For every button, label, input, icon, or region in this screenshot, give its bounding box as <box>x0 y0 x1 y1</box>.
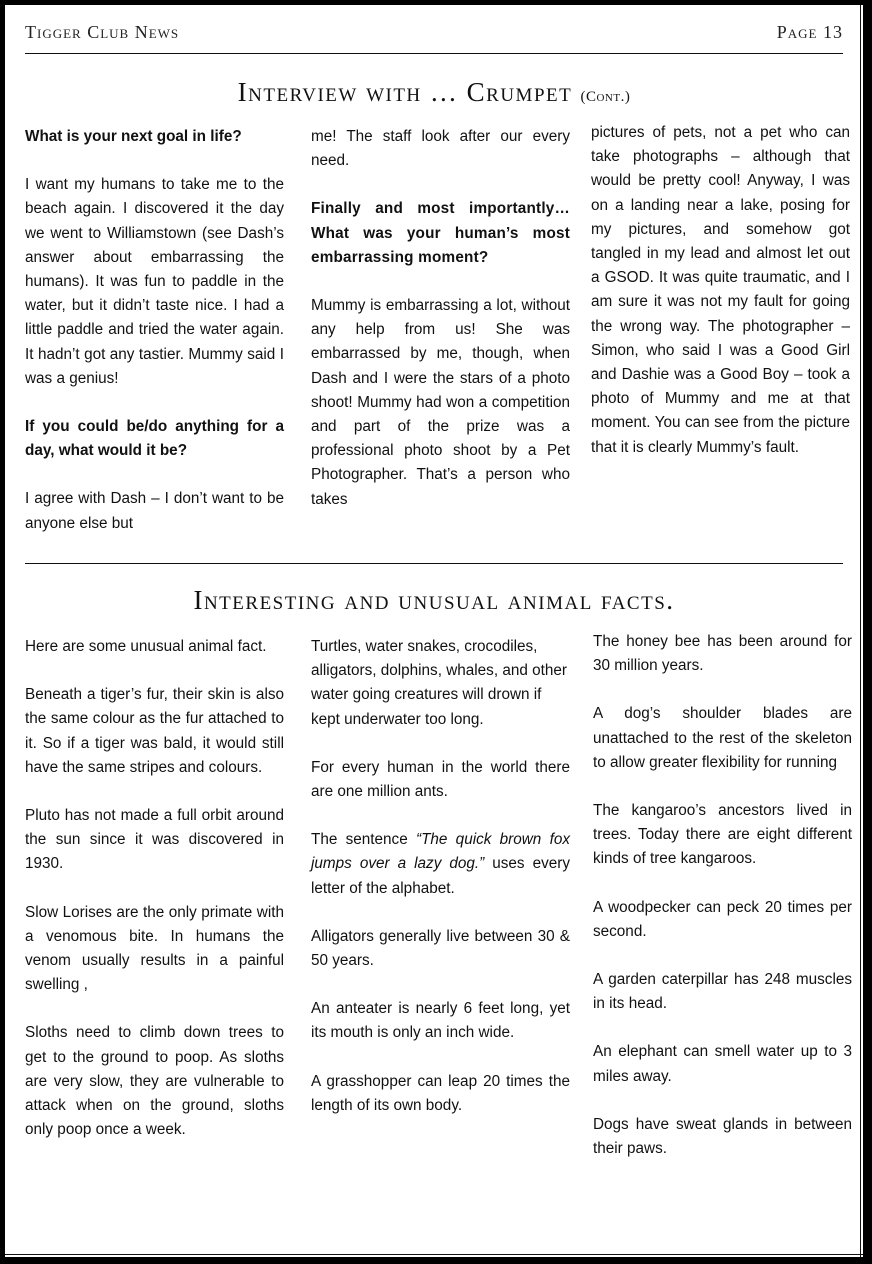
fact-item: Sloths need to climb down trees to get t… <box>25 1021 284 1142</box>
section-divider <box>25 563 843 564</box>
running-header: Tigger Club News Page 13 <box>25 22 843 48</box>
newsletter-page: Tigger Club News Page 13 Interview with … <box>5 5 863 1257</box>
facts-column-1: Here are some unusual animal fact. Benea… <box>25 635 284 1166</box>
fact-item: Alligators generally live between 30 & 5… <box>311 925 570 973</box>
fact-item: An anteater is nearly 6 feet long, yet i… <box>311 997 570 1045</box>
fact-item: Beneath a tiger’s fur, their skin is als… <box>25 683 284 780</box>
fact-item: The honey bee has been around for 30 mil… <box>593 630 852 678</box>
fact-item-pangram: The sentence “The quick brown fox jumps … <box>311 828 570 901</box>
fact-item: Here are some unusual animal fact. <box>25 635 284 659</box>
interview-title-text: Interview with … Crumpet <box>238 77 573 107</box>
fact-item: Dogs have sweat glands in between their … <box>593 1113 852 1161</box>
interview-column-1: What is your next goal in life? I want m… <box>25 125 284 536</box>
publication-name: Tigger Club News <box>25 22 179 43</box>
answer-be-anything-end: me! The staff look after our every need. <box>311 125 570 173</box>
answer-be-anything-start: I agree with Dash – I don’t want to be a… <box>25 487 284 535</box>
facts-column-2: Turtles, water snakes, crocodiles, allig… <box>311 635 570 1142</box>
facts-title: Interesting and unusual animal facts. <box>5 585 863 616</box>
page-number: Page 13 <box>777 22 843 43</box>
fact-item: A dog’s shoulder blades are unattached t… <box>593 702 852 775</box>
interview-title-suffix: (Cont.) <box>580 89 630 105</box>
fact-item: Pluto has not made a full orbit around t… <box>25 804 284 877</box>
page-border-bottom <box>5 1254 863 1255</box>
answer-embarrassing-start: Mummy is embarrassing a lot, without any… <box>311 294 570 512</box>
question-embarrassing-moment: Finally and most importantly…What was yo… <box>311 197 570 270</box>
header-divider <box>25 53 843 54</box>
interview-title: Interview with … Crumpet (Cont.) <box>5 77 863 108</box>
fact-item: A garden caterpillar has 248 muscles in … <box>593 968 852 1016</box>
facts-column-3: The honey bee has been around for 30 mil… <box>593 630 852 1185</box>
fact-item: A grasshopper can leap 20 times the leng… <box>311 1070 570 1118</box>
answer-next-goal: I want my humans to take me to the beach… <box>25 173 284 391</box>
interview-column-3: pictures of pets, not a pet who can take… <box>591 121 850 460</box>
question-next-goal: What is your next goal in life? <box>25 125 284 149</box>
fact-item: The kangaroo’s ancestors lived in trees.… <box>593 799 852 872</box>
page-border-right <box>860 5 861 1257</box>
fact-item: Slow Lorises are the only primate with a… <box>25 901 284 998</box>
answer-embarrassing-end: pictures of pets, not a pet who can take… <box>591 121 850 460</box>
fact-item: For every human in the world there are o… <box>311 756 570 804</box>
question-be-anything: If you could be/do anything for a day, w… <box>25 415 284 463</box>
interview-column-2: me! The staff look after our every need.… <box>311 125 570 512</box>
fact-text: The sentence <box>311 831 416 848</box>
fact-item: An elephant can smell water up to 3 mile… <box>593 1040 852 1088</box>
fact-item: Turtles, water snakes, crocodiles, allig… <box>311 635 570 732</box>
fact-item: A woodpecker can peck 20 times per secon… <box>593 896 852 944</box>
